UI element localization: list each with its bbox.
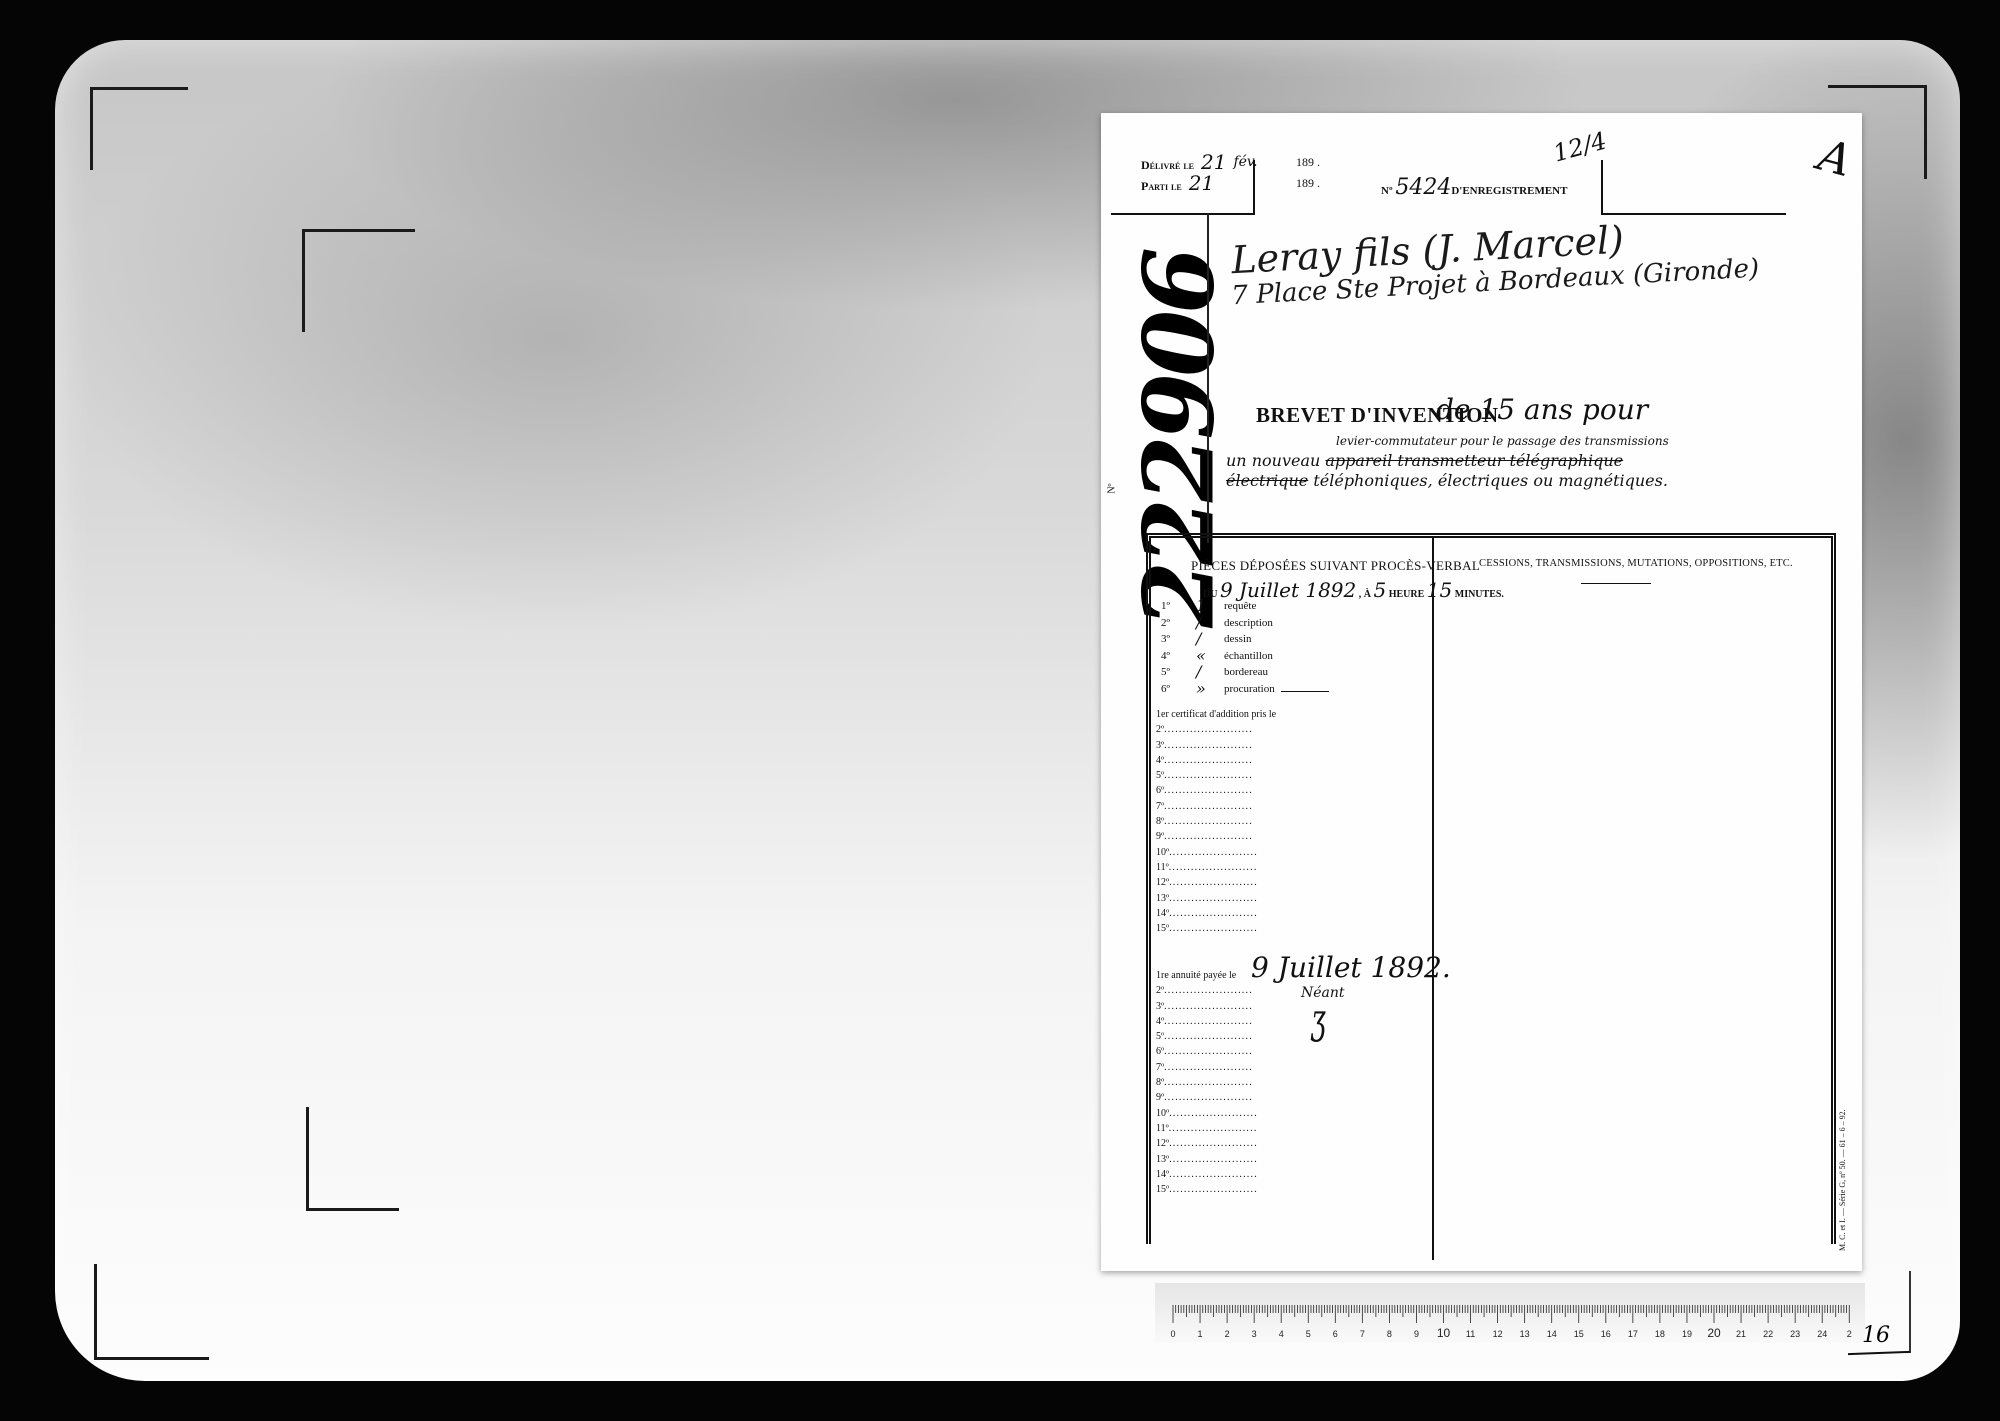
page-number-vertical-line [1909,1271,1911,1353]
piece-number: 6º [1161,681,1196,698]
minutes-label: MINUTES. [1455,589,1504,600]
description-struck-2: électrique [1226,471,1308,490]
svg-text:20: 20 [1707,1326,1721,1340]
description-prefix: un nouveau [1226,451,1320,470]
annuity-row: 10º........................ [1156,1106,1258,1121]
measurement-ruler: 0123456789101112131415161718192021222324… [1155,1283,1865,1343]
piece-label: description [1224,615,1273,632]
piece-item: 3º/dessin [1161,631,1275,648]
piece-label: requête [1224,598,1256,615]
svg-text:2: 2 [1225,1329,1230,1339]
dot-leader: ........................ [1169,862,1258,873]
svg-text:3: 3 [1252,1329,1257,1339]
dot-leader: ........................ [1164,1046,1253,1057]
dot-leader: ........................ [1164,1077,1253,1088]
svg-text:1: 1 [1198,1329,1203,1339]
dot-leader: ........................ [1164,770,1253,781]
annuity-row: 2º........................ [1156,983,1258,998]
svg-text:6: 6 [1333,1329,1338,1339]
dot-leader: ........................ [1169,893,1258,904]
certificate-row: 15º........................ [1156,921,1276,936]
annuity-number: 11º [1156,1123,1169,1134]
svg-text:7: 7 [1360,1329,1365,1339]
delivre-label: Délivré le [1141,158,1194,172]
piece-label: dessin [1224,631,1252,648]
annuity-number: 6º [1156,1046,1164,1057]
certificate-row: 11º........................ [1156,860,1276,875]
svg-text:21: 21 [1736,1329,1746,1339]
annuity-number: 9º [1156,1092,1164,1103]
pieces-list: 1º1requête2º/description3º/dessin4º«écha… [1161,598,1275,697]
imprint-text: M. C. et I. — Série G, nº 50. — 61 – 6 –… [1838,1109,1847,1251]
header-box-right [1601,160,1786,215]
svg-text:16: 16 [1601,1329,1611,1339]
annuity-number: 12º [1156,1138,1169,1149]
piece-count: » [1196,681,1224,698]
parti-year: 189 . [1296,174,1336,192]
annuity-row: 5º........................ [1156,1029,1258,1044]
certificate-number: 15º [1156,923,1169,934]
dot-leader: ........................ [1169,923,1258,934]
annuity-row: 15º........................ [1156,1182,1258,1197]
annuity-first-date: 9 Juillet 1892. [1251,951,1451,984]
annuity-number: 10º [1156,1108,1169,1119]
piece-item: 2º/description [1161,615,1275,632]
corner-mark: A [1813,130,1857,187]
certificates-list: 1er certificat d'addition pris le 2º....… [1156,707,1276,936]
annuity-number: 5º [1156,1031,1164,1042]
crop-mark-bottom-left-inner [306,1107,399,1211]
certificate-number: 9º [1156,831,1164,842]
svg-text:23: 23 [1790,1329,1800,1339]
svg-text:12: 12 [1493,1329,1503,1339]
annuity-number: 13º [1156,1154,1169,1165]
svg-text:9: 9 [1414,1329,1419,1339]
certificate-number: 6º [1156,785,1164,796]
certificate-first: 1er certificat d'addition pris le [1156,707,1276,722]
dot-leader: ........................ [1164,1062,1253,1073]
certificate-number: 7º [1156,801,1164,812]
dot-leader: ........................ [1169,1138,1258,1149]
certificate-row: 7º........................ [1156,799,1276,814]
annuity-row: 13º........................ [1156,1152,1258,1167]
annuity-number: 8º [1156,1077,1164,1088]
patent-number-label: Nº [1107,483,1118,493]
annuity-row: 11º........................ [1156,1121,1258,1136]
dot-leader: ........................ [1169,1184,1258,1195]
svg-text:2: 2 [1847,1329,1852,1339]
certificate-number: 13º [1156,893,1169,904]
certificate-row: 10º........................ [1156,845,1276,860]
description-struck-1: appareil transmetteur télégraphique [1325,451,1623,470]
certificate-number: 4º [1156,755,1164,766]
annuity-row: 12º........................ [1156,1136,1258,1151]
annuity-number: 14º [1156,1169,1169,1180]
crop-mark-bottom-left-outer [94,1264,209,1360]
certificate-number: 11º [1156,862,1169,873]
certificate-number: 12º [1156,877,1169,888]
annuity-number: 2º [1156,985,1164,996]
certificate-row: 3º........................ [1156,738,1276,753]
applicant: Leray fils (J. Marcel) 7 Place Ste Proje… [1231,223,1851,295]
crop-mark-top-left-outer [90,87,188,170]
certificate-number: 5º [1156,770,1164,781]
section-rule [1281,691,1329,692]
dot-leader: ........................ [1164,1092,1253,1103]
registration-value: 5424 [1395,175,1451,200]
certificate-number: 3º [1156,740,1164,751]
description-text-2: téléphoniques, électriques ou magnétique… [1313,471,1668,490]
parti-label: Parti le [1141,179,1182,193]
piece-number: 2º [1161,615,1196,632]
annuity-note-mark: ʒ [1311,996,1326,1044]
certificate-row: 14º........................ [1156,906,1276,921]
annuity-row: 7º........................ [1156,1060,1258,1075]
certificate-row: 12º........................ [1156,875,1276,890]
svg-text:0: 0 [1170,1329,1175,1339]
dot-leader: ........................ [1169,877,1258,888]
dot-leader: ........................ [1164,1001,1253,1012]
column-separator [1432,538,1434,1260]
piece-item: 1º1requête [1161,598,1275,615]
dot-leader: ........................ [1164,785,1253,796]
margin-rule [1207,213,1209,543]
annuity-row: 8º........................ [1156,1075,1258,1090]
piece-number: 1º [1161,598,1196,615]
certificate-row: 9º........................ [1156,829,1276,844]
cessions-rule [1581,583,1651,584]
annuity-row: 6º........................ [1156,1044,1258,1059]
svg-text:24: 24 [1817,1329,1827,1339]
description-line-2: électrique téléphoniques, électriques ou… [1226,471,1856,491]
svg-text:11: 11 [1466,1329,1475,1339]
certificate-number: 8º [1156,816,1164,827]
delivre-year: 189 . [1296,153,1336,171]
annuities-list: 1re annuité payée le 2º.................… [1156,968,1258,1197]
piece-label: procuration [1224,681,1275,698]
piece-label: échantillon [1224,648,1273,665]
certificate-row: 4º........................ [1156,753,1276,768]
piece-item: 4º«échantillon [1161,648,1275,665]
svg-text:10: 10 [1437,1326,1451,1340]
piece-number: 4º [1161,648,1196,665]
annuity-number: 4º [1156,1016,1164,1027]
dot-leader: ........................ [1169,847,1258,858]
svg-text:22: 22 [1763,1329,1773,1339]
certificate-number: 14º [1156,908,1169,919]
patent-sheet: Délivré le 21 fév. 189 . Parti le 21 189… [1101,113,1862,1271]
page-number: 16 [1862,1323,1890,1348]
dot-leader: ........................ [1169,1169,1258,1180]
dot-leader: ........................ [1164,1031,1253,1042]
annuity-row: 4º........................ [1156,1014,1258,1029]
dot-leader: ........................ [1169,1154,1258,1165]
piece-number: 5º [1161,664,1196,681]
piece-item: 6º»procuration [1161,681,1275,698]
dot-leader: ........................ [1164,1016,1253,1027]
delivre-extra: fév. [1233,154,1257,170]
annuity-number: 15º [1156,1184,1169,1195]
dot-leader: ........................ [1169,1123,1258,1134]
registration-suffix: D'ENREGISTREMENT [1451,185,1567,197]
certificate-number: 2º [1156,724,1164,735]
ruler-scale: 0123456789101112131415161718192021222324… [1155,1283,1865,1343]
piece-label: bordereau [1224,664,1268,681]
annuity-number: 3º [1156,1001,1164,1012]
invention-description: levier-commutateur pour le passage des t… [1226,431,1856,491]
description-line-1: un nouveau appareil transmetteur télégra… [1226,451,1856,471]
dot-leader: ........................ [1169,908,1258,919]
annuity-number: 7º [1156,1062,1164,1073]
dot-leader: ........................ [1164,755,1253,766]
certificate-row: 13º........................ [1156,891,1276,906]
certificate-row: 5º........................ [1156,768,1276,783]
parti-line: Parti le 21 189 . [1141,174,1258,195]
registration-prefix: Nº [1381,185,1393,197]
certificate-row: 2º........................ [1156,722,1276,737]
svg-text:17: 17 [1628,1329,1638,1339]
svg-text:18: 18 [1655,1329,1665,1339]
pieces-hour: 5 [1374,578,1387,602]
dot-leader: ........................ [1164,801,1253,812]
annuity-row: 9º........................ [1156,1090,1258,1105]
parti-value: 21 [1189,171,1214,195]
svg-text:19: 19 [1682,1329,1692,1339]
annuity-row: 14º........................ [1156,1167,1258,1182]
registration-number: Nº 5424D'ENREGISTREMENT [1381,175,1567,200]
a-label: , À [1359,589,1371,600]
piece-number: 3º [1161,631,1196,648]
dot-leader: ........................ [1164,816,1253,827]
svg-text:4: 4 [1279,1329,1284,1339]
annuity-row: 3º........................ [1156,999,1258,1014]
crop-mark-top-left-inner [302,229,415,332]
piece-item: 5º/bordereau [1161,664,1275,681]
svg-text:15: 15 [1574,1329,1584,1339]
certificate-row: 6º........................ [1156,783,1276,798]
dot-leader: ........................ [1164,831,1253,842]
description-insert: levier-commutateur pour le passage des t… [1336,431,1856,451]
dot-leader: ........................ [1164,740,1253,751]
delivery-info: Délivré le 21 fév. 189 . Parti le 21 189… [1141,153,1258,195]
dot-leader: ........................ [1164,985,1253,996]
heure-label: HEURE [1389,589,1425,600]
pieces-title: PIÈCES DÉPOSÉES SUIVANT PROCÈS-VERBAL [1191,558,1480,574]
cessions-title: CESSIONS, TRANSMISSIONS, MUTATIONS, OPPO… [1479,558,1793,569]
dot-leader: ........................ [1164,724,1253,735]
svg-text:14: 14 [1547,1329,1557,1339]
certificate-number: 10º [1156,847,1169,858]
svg-text:5: 5 [1306,1329,1311,1339]
svg-text:8: 8 [1387,1329,1392,1339]
certificate-row: 8º........................ [1156,814,1276,829]
svg-text:13: 13 [1520,1329,1530,1339]
brevet-duration: de 15 ans pour [1436,393,1648,426]
annuity-first: 1re annuité payée le [1156,968,1258,983]
pieces-minutes: 15 [1427,578,1452,602]
dot-leader: ........................ [1169,1108,1258,1119]
